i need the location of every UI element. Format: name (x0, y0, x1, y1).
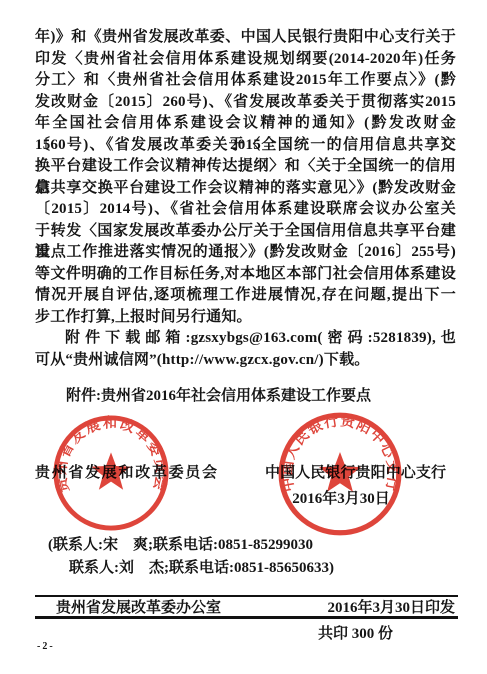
contact-line: 联系人:刘 杰;联系电话:0851-85650633) (48, 557, 334, 580)
body-line: 发改财金〔2015〕260号)、《省发展改革委关于贯彻落实2015 (35, 92, 456, 114)
body-line: 〔2015〕2014号)、《省社会信用体系建设联席会议办公室关 (35, 199, 456, 221)
attachment-line: 附件:贵州省2016年社会信用体系建设工作要点 (66, 384, 371, 405)
download-note: 附件下载邮箱:gzsxybgs@163.com(密码:5281839),也 可从… (35, 328, 456, 371)
download-note-line: 附件下载邮箱:gzsxybgs@163.com(密码:5281839),也 (35, 328, 456, 350)
body-paragraph: 年)》和《贵州省发展改革委、中国人民银行贵阳中心支行关于 印发〈贵州省社会信用体… (35, 27, 456, 328)
footer-row: 贵州省发展改革委办公室 2016年3月30日印发 (35, 598, 456, 615)
contact-line: (联系人:宋 爽;联系电话:0851-85299030 (48, 534, 334, 557)
body-line: 重点工作推进落实情况的通报〉》(黔发改财金〔2016〕255号) (35, 242, 456, 264)
footer-rule-bottom (35, 616, 458, 619)
body-line: 情况开展自评估,逐项梳理工作进展情况,存在问题,提出下一 (35, 285, 456, 307)
body-line: 换平台建设工作会议精神传达提纲〉和〈关于全国统一的信用信 (35, 156, 456, 178)
body-line-last: 步工作打算,上报时间另行通知。 (35, 307, 456, 329)
official-seal-left-icon: 贵州省发展和改革委员会 (52, 414, 170, 532)
contact-block: (联系人:宋 爽;联系电话:0851-85299030 联系人:刘 杰;联系电话… (48, 534, 334, 580)
seal-star-icon (91, 452, 130, 489)
seal-star-icon (319, 452, 361, 492)
body-line: 等文件明确的工作目标任务,对本地区本部门社会信用体系建设 (35, 264, 456, 286)
body-line: 息共享交换平台建设工作会议精神的落实意见〉》(黔发改财金 (35, 178, 456, 200)
footer-print-date: 2016年3月30日印发 (327, 596, 455, 617)
download-note-line: 可从“贵州诚信网”(http://www.gzcx.gov.cn/)下载。 (35, 350, 456, 372)
official-seal-right-icon: 中国人民银行贵阳中心支行 (277, 411, 403, 537)
body-line: 于转发〈国家发展改革委办公厅关于全国信用信息共享平台建设 (35, 221, 456, 243)
page-number: -2- (37, 641, 55, 652)
document-page: 年)》和《贵州省发展改革委、中国人民银行贵阳中心支行关于 印发〈贵州省社会信用体… (0, 0, 487, 674)
footer-issuer: 贵州省发展改革委办公室 (56, 596, 221, 617)
print-copies: 共印 300 份 (318, 622, 393, 643)
body-line: 分工〉和〈贵州省社会信用体系建设2015年工作要点〉》(黔 (35, 70, 456, 92)
body-line: 印发〈贵州省社会信用体系建设规划纲要(2014-2020年)任务 (35, 49, 456, 71)
body-line: 年)》和《贵州省发展改革委、中国人民银行贵阳中心支行关于 (35, 27, 456, 49)
body-line: 1560号)、《省发展改革委关于〈全国统一的信用信息共享交 (35, 135, 456, 157)
body-line: 年全国社会信用体系建设会议精神的通知》(黔发改财金〔2015〕 (35, 113, 456, 135)
